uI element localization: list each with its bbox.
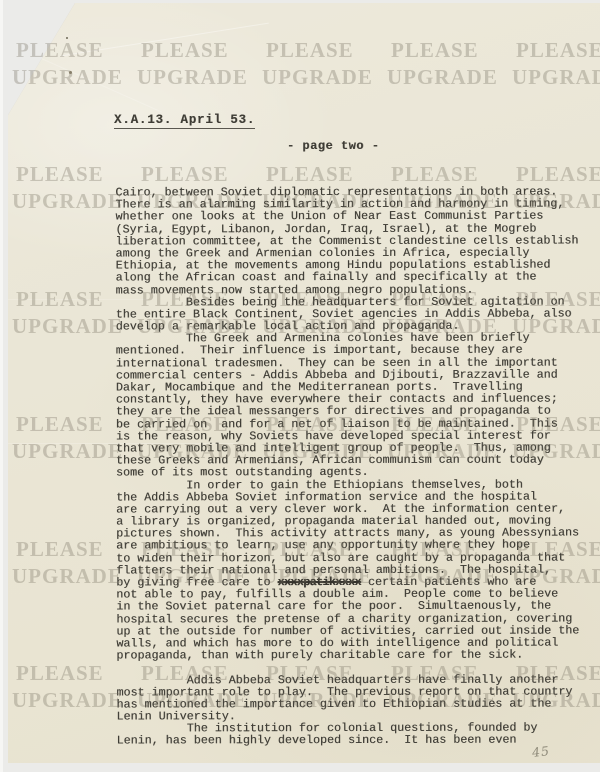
paper-crease [61,23,269,57]
document-scan: X.A.13. April 53. - page two - Cairo, be… [0,0,600,772]
scan-edge-strip [0,0,3,772]
typed-line: Lenin, has been highly developed since. … [117,734,580,747]
paper-page: X.A.13. April 53. - page two - Cairo, be… [8,3,600,763]
typed-body: Cairo, between Soviet diplomatic represe… [115,186,579,748]
reference-number: X.A.13. April 53. [114,113,255,129]
cut-corner-edge [5,1,75,116]
typed-line: propaganda, than with purely charitable … [116,649,579,662]
paper-crease [24,51,161,113]
page-label: - page two - [287,139,379,153]
handwritten-page-number: 45 [531,743,551,760]
scan-background: { "document": { "reference": "X.A.13. Ap… [0,0,600,772]
paper-speck [69,71,72,74]
paper-speck [66,37,68,39]
